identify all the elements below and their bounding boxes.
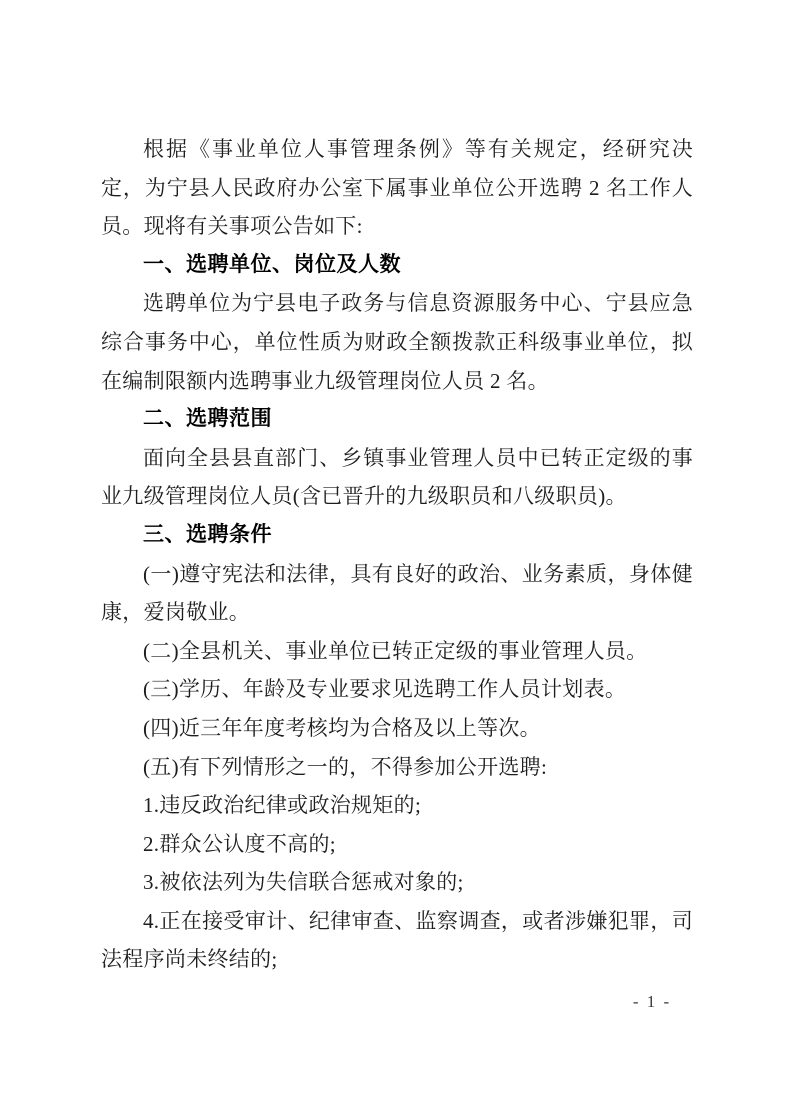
paragraph-section2: 面向全县县直部门、乡镇事业管理人员中已转正定级的事业九级管理岗位人员(含已晋升的… xyxy=(101,439,693,516)
paragraph-condition-3: (三)学历、年龄及专业要求见选聘工作人员计划表。 xyxy=(101,670,693,709)
paragraph-section1: 选聘单位为宁县电子政务与信息资源服务中心、宁县应急综合事务中心，单位性质为财政全… xyxy=(101,284,693,400)
paragraph-item-1: 1.违反政治纪律或政治规矩的; xyxy=(101,786,693,825)
paragraph-intro: 根据《事业单位人事管理条例》等有关规定，经研究决定，为宁县人民政府办公室下属事业… xyxy=(101,130,693,246)
section-heading-3: 三、选聘条件 xyxy=(101,516,693,555)
paragraph-condition-2: (二)全县机关、事业单位已转正定级的事业管理人员。 xyxy=(101,632,693,671)
paragraph-item-4: 4.正在接受审计、纪律审查、监察调查，或者涉嫌犯罪，司法程序尚未终结的; xyxy=(101,902,693,979)
paragraph-condition-1: (一)遵守宪法和法律，具有良好的政治、业务素质，身体健康，爱岗敬业。 xyxy=(101,555,693,632)
paragraph-condition-4: (四)近三年年度考核均为合格及以上等次。 xyxy=(101,709,693,748)
paragraph-item-3: 3.被依法列为失信联合惩戒对象的; xyxy=(101,863,693,902)
paragraph-item-2: 2.群众公认度不高的; xyxy=(101,825,693,864)
paragraph-condition-5: (五)有下列情形之一的，不得参加公开选聘: xyxy=(101,748,693,787)
section-heading-2: 二、选聘范围 xyxy=(101,400,693,439)
document-page: 根据《事业单位人事管理条例》等有关规定，经研究决定，为宁县人民政府办公室下属事业… xyxy=(0,0,794,1107)
page-number: - 1 - xyxy=(607,991,697,1013)
section-heading-1: 一、选聘单位、岗位及人数 xyxy=(101,246,693,285)
document-body: 根据《事业单位人事管理条例》等有关规定，经研究决定，为宁县人民政府办公室下属事业… xyxy=(101,130,693,979)
